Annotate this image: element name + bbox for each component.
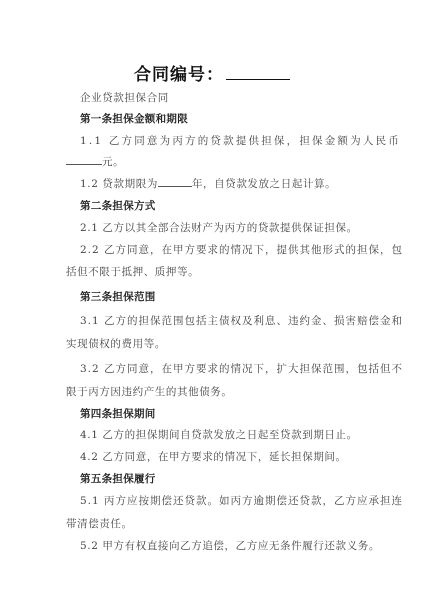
section-heading-1: 第一条担保金额和期限 bbox=[80, 111, 188, 126]
clause-3-1-line2: 实现债权的费用等。 bbox=[66, 336, 166, 351]
section-heading-2: 第二条担保方式 bbox=[80, 198, 156, 213]
clause-5-1-line2: 带清偿责任。 bbox=[66, 516, 133, 531]
contract-number-blank bbox=[226, 65, 290, 80]
clause-3-2-line1: 3.2 乙方同意，在甲方要求的情况下，扩大担保范围，包括但不 bbox=[80, 361, 403, 376]
section-heading-4: 第四条担保期间 bbox=[80, 406, 156, 421]
clause-5-1-line1: 5.1 丙方应按期偿还贷款。如丙方逾期偿还贷款，乙方应承担连 bbox=[80, 493, 403, 508]
clause-4-2: 4.2 乙方同意，在甲方要求的情况下，延长担保期间。 bbox=[80, 449, 347, 464]
term-blank bbox=[158, 177, 192, 187]
clause-2-1: 2.1 乙方以其全部合法财产为丙方的贷款提供保证担保。 bbox=[80, 220, 358, 235]
contract-number-label: 合同编号： bbox=[134, 65, 224, 85]
clause-4-1: 4.1 乙方的担保期间自贷款发放之日起至贷款到期日止。 bbox=[80, 427, 358, 442]
clause-1-1-line2: 元。 bbox=[66, 154, 124, 169]
clause-1-2-suffix: 年，自贷款发放之日起计算。 bbox=[192, 178, 336, 190]
contract-number-title: 合同编号： bbox=[0, 60, 424, 85]
section-heading-5: 第五条担保履行 bbox=[80, 471, 156, 486]
clause-1-1-suffix: 元。 bbox=[102, 156, 124, 168]
clause-3-2-line2: 限于丙方因违约产生的其他债务。 bbox=[66, 384, 233, 399]
clause-5-2: 5.2 甲方有权直接向乙方追偿，乙方应无条件履行还款义务。 bbox=[80, 538, 380, 553]
clause-1-2: 1.2 贷款期限为年，自贷款发放之日起计算。 bbox=[80, 176, 336, 191]
contract-subtitle: 企业贷款担保合同 bbox=[80, 90, 169, 105]
clause-3-1-line1: 3.1 乙方的担保范围包括主债权及利息、违约金、损害赔偿金和 bbox=[80, 313, 403, 328]
clause-1-2-prefix: 1.2 贷款期限为 bbox=[80, 178, 158, 190]
section-heading-3: 第三条担保范围 bbox=[80, 289, 156, 304]
clause-2-2-line1: 2.2 乙方同意，在甲方要求的情况下，提供其他形式的担保，包 bbox=[80, 242, 403, 257]
clause-1-1-line1: 1.1 乙方同意为丙方的贷款提供担保，担保金额为人民币 bbox=[80, 133, 401, 148]
amount-blank bbox=[66, 155, 102, 165]
clause-2-2-line2: 括但不限于抵押、质押等。 bbox=[66, 264, 199, 279]
